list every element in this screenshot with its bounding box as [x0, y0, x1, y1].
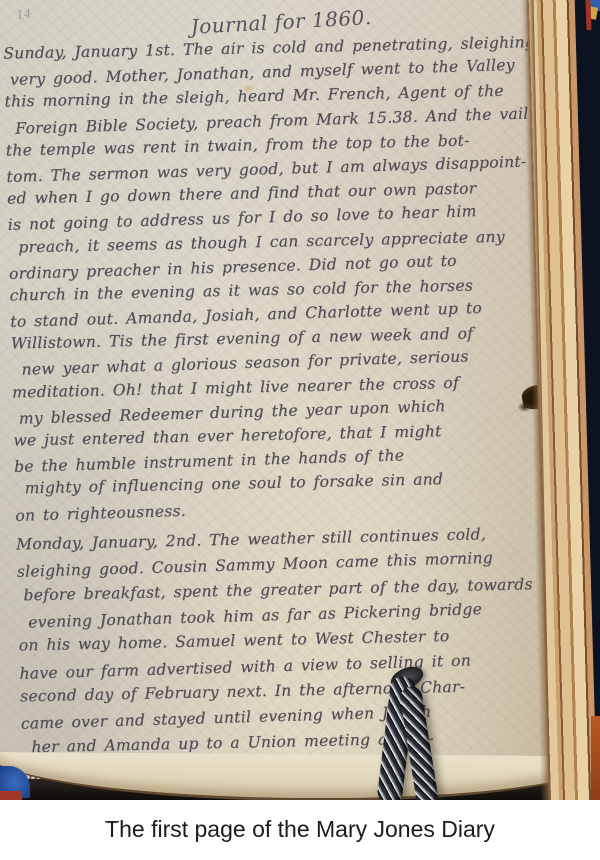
handwriting-lines: Sunday, January 1st. The air is cold and…: [3, 27, 600, 787]
page-corner-mark: 14: [15, 6, 32, 22]
manuscript: 14 Journal for 1860. Sunday, January 1st…: [2, 0, 600, 787]
diary-figure: 14 Journal for 1860. Sunday, January 1st…: [0, 0, 600, 860]
paper-spot: [243, 84, 254, 94]
bookmark-cord: [362, 666, 472, 800]
ink-blot-tail: [518, 402, 531, 412]
caption-text: The first page of the Mary Jones Diary: [0, 800, 600, 858]
diary-page-photo: 14 Journal for 1860. Sunday, January 1st…: [0, 0, 600, 800]
red-cover-sliver: [0, 791, 22, 800]
orange-cover-edge: [591, 716, 600, 800]
caption-bar: The first page of the Mary Jones Diary: [0, 800, 600, 860]
red-corner-bit: [585, 0, 591, 30]
